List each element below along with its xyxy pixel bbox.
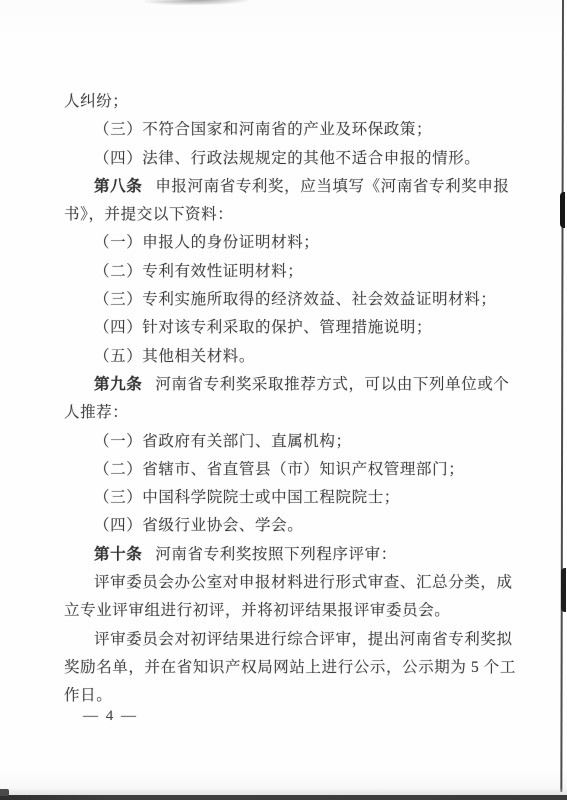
article-number: 第十条 [94,546,142,563]
document-line: 人纠纷； [64,88,536,116]
page-edge-line [560,0,563,792]
line-text: 申报河南省专利奖，应当填写《河南省专利奖申报 [155,178,509,195]
line-text: （二）专利有效性证明材料； [94,263,303,280]
line-text: 河南省专利奖采取推荐方式，可以由下列单位或个 [155,376,509,393]
document-line: 第十条河南省专利奖按照下列程序评审： [64,541,536,569]
page-edge-mark-upper [560,192,565,228]
scan-edge-strip [0,795,567,800]
document-line: （四）针对该专利采取的保护、管理措施说明； [64,314,536,342]
article-number: 第九条 [94,376,142,393]
line-text: （三）不符合国家和河南省的产业及环保政策； [94,121,432,138]
document-line: 评审委员会对初评结果进行综合评审，提出河南省专利奖拟 [64,626,536,654]
line-text: （四）法律、行政法规规定的其他不适合申报的情形。 [94,150,480,167]
document-line: （一）申报人的身份证明材料； [64,229,536,257]
page-number: — 4 — [83,708,138,725]
document-line: 评审委员会办公室对申报材料进行形式审查、汇总分类，成 [64,569,536,597]
document-line: （一）省政府有关部门、直属机构； [64,428,536,456]
line-text: （四）针对该专利采取的保护、管理措施说明； [94,319,432,336]
line-text: 立专业评审组进行初评，并将初评结果报评审委员会。 [64,602,450,619]
document-line: 第九条河南省专利奖采取推荐方式，可以由下列单位或个 [64,371,536,399]
line-text: （三）专利实施所取得的经济效益、社会效益证明材料； [94,291,497,308]
document-line: （二）专利有效性证明材料； [64,258,536,286]
document-line: （三）不符合国家和河南省的产业及环保政策； [64,116,536,144]
document-line: （三）专利实施所取得的经济效益、社会效益证明材料； [64,286,536,314]
line-text: 人推荐： [64,404,128,421]
line-text: 河南省专利奖按照下列程序评审： [155,546,397,563]
scan-smudge-top [145,0,247,6]
document-line: 奖励名单，并在省知识产权局网站上进行公示，公示期为 5 个工 [64,654,536,682]
scan-shadow-band [0,788,567,795]
line-text: 人纠纷； [64,93,128,110]
document-line: 人推荐： [64,399,536,427]
line-text: （一）申报人的身份证明材料； [94,234,319,251]
line-text: 书》，并提交以下资料： [64,206,233,223]
line-text: （一）省政府有关部门、直属机构； [94,433,352,450]
document-line: （二）省辖市、省直管县（市）知识产权管理部门； [64,456,536,484]
document-line: （五）其他相关材料。 [64,343,536,371]
line-text: （四）省级行业协会、学会。 [94,517,303,534]
document-page: 人纠纷；（三）不符合国家和河南省的产业及环保政策；（四）法律、行政法规规定的其他… [0,0,567,800]
line-text: 作日。 [64,687,112,704]
page-edge-mark-lower [561,568,566,612]
document-line: （四）省级行业协会、学会。 [64,512,536,540]
document-line: 第八条申报河南省专利奖，应当填写《河南省专利奖申报 [64,173,536,201]
line-text: （五）其他相关材料。 [94,348,255,365]
line-text: 评审委员会办公室对申报材料进行形式审查、汇总分类，成 [94,574,513,591]
document-line: 书》，并提交以下资料： [64,201,536,229]
document-line: 立专业评审组进行初评，并将初评结果报评审委员会。 [64,597,536,625]
line-text: 评审委员会对初评结果进行综合评审，提出河南省专利奖拟 [94,631,513,648]
line-text: 奖励名单，并在省知识产权局网站上进行公示，公示期为 5 个工 [64,659,516,676]
line-text: （三）中国科学院院士或中国工程院院士； [94,489,400,506]
document-text-block: 人纠纷；（三）不符合国家和河南省的产业及环保政策；（四）法律、行政法规规定的其他… [64,88,536,711]
document-line: （四）法律、行政法规规定的其他不适合申报的情形。 [64,145,536,173]
document-line: （三）中国科学院院士或中国工程院院士； [64,484,536,512]
line-text: （二）省辖市、省直管县（市）知识产权管理部门； [94,461,464,478]
article-number: 第八条 [94,178,142,195]
scan-corner-mark [0,789,9,796]
document-line: 作日。 [64,682,536,710]
